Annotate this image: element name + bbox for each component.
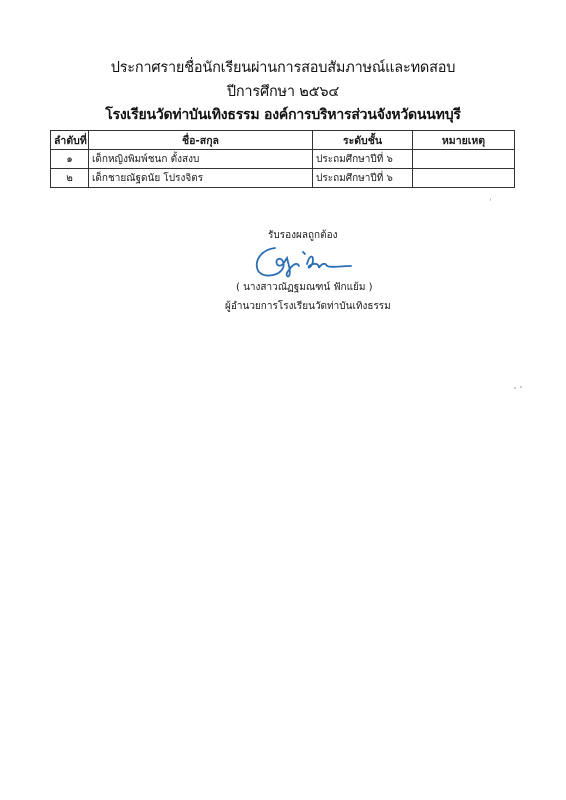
header-order: ลำดับที่ [51, 131, 89, 150]
student-name: เด็กหญิงพิมพ์ชนก ตั้งสงบ [89, 150, 313, 169]
announcement-title: ประกาศรายชื่อนักเรียนผ่านการสอบสัมภาษณ์แ… [0, 56, 566, 79]
signature-icon [245, 242, 355, 280]
signer-name: ( นางสาวณัฏฐมณฑน์ ฟักแย้ม ) [236, 280, 373, 295]
row-number: ๒ [51, 169, 89, 188]
grade-level: ประถมศึกษาปีที่ ๖ [313, 150, 413, 169]
scan-speck [520, 386, 522, 388]
remark [413, 169, 515, 188]
row-number: ๑ [51, 150, 89, 169]
school-name: โรงเรียนวัดท่าบันเทิงธรรม องค์การบริหารส… [0, 104, 566, 126]
student-table: ลำดับที่ ชื่อ-สกุล ระดับชั้น หมายเหตุ ๑ … [50, 130, 515, 188]
header-level: ระดับชั้น [313, 131, 413, 150]
scan-speck [490, 198, 491, 201]
table-row: ๒ เด็กชายณัฐดนัย โปรงจิตร ประถมศึกษาปีที… [51, 169, 515, 188]
header-remark: หมายเหตุ [413, 131, 515, 150]
academic-year: ปีการศึกษา ๒๕๖๔ [0, 80, 566, 103]
table-header-row: ลำดับที่ ชื่อ-สกุล ระดับชั้น หมายเหตุ [51, 131, 515, 150]
grade-level: ประถมศึกษาปีที่ ๖ [313, 169, 413, 188]
certify-label: รับรองผลถูกต้อง [268, 228, 337, 243]
student-name: เด็กชายณัฐดนัย โปรงจิตร [89, 169, 313, 188]
scan-speck [514, 387, 516, 389]
table-row: ๑ เด็กหญิงพิมพ์ชนก ตั้งสงบ ประถมศึกษาปีท… [51, 150, 515, 169]
remark [413, 150, 515, 169]
signer-position: ผู้อำนวยการโรงเรียนวัดท่าบันเทิงธรรม [225, 299, 391, 314]
header-name: ชื่อ-สกุล [89, 131, 313, 150]
